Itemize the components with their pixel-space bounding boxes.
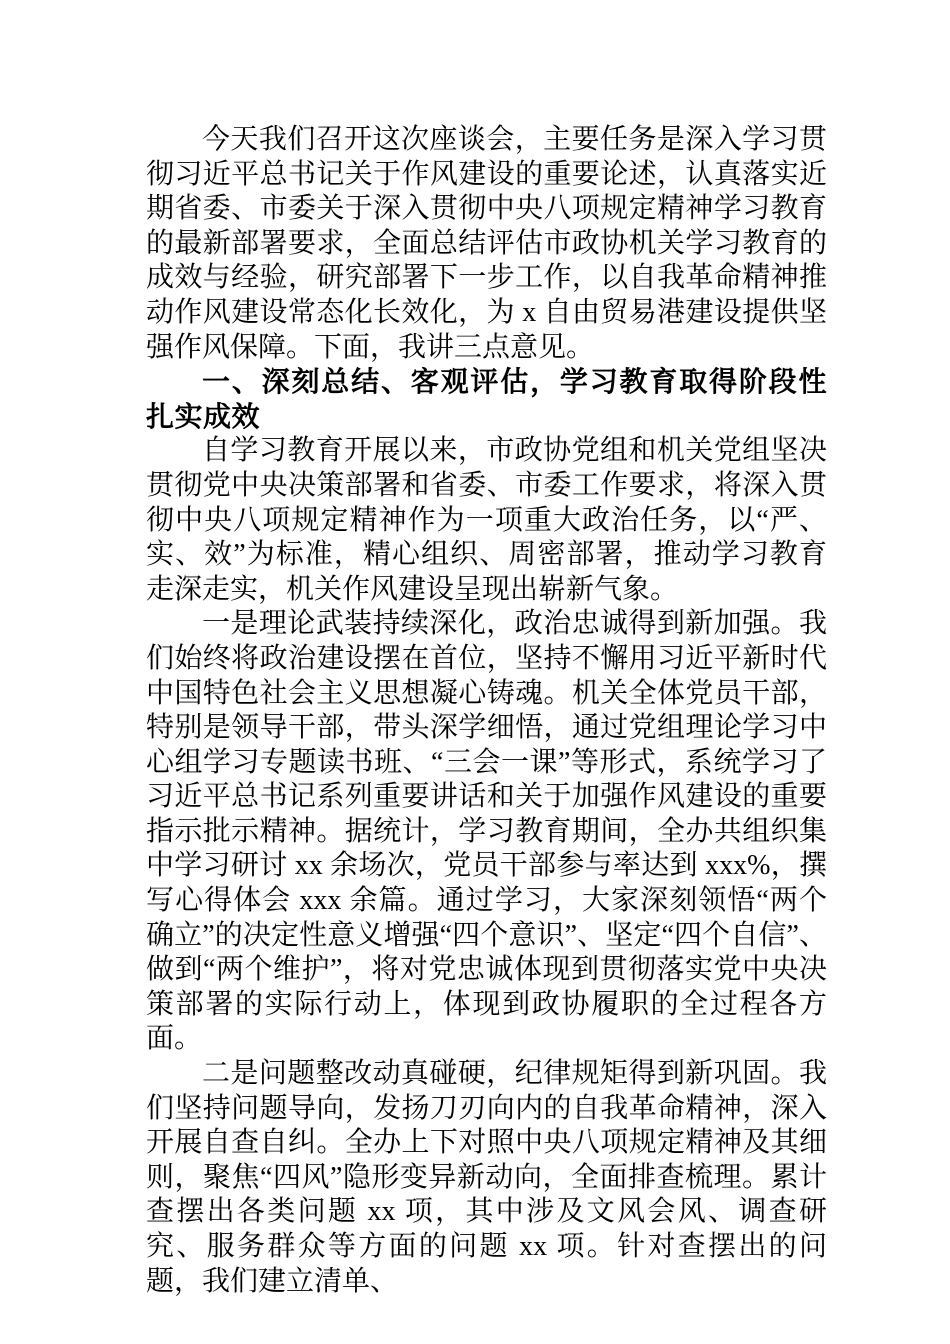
paragraph-intro: 今天我们召开这次座谈会，主要任务是深入学习贯彻习近平总书记关于作风建设的重要论述… [146,123,827,365]
paragraph-point-1-theory: 一是理论武装持续深化，政治忠诚得到新加强。我们始终将政治建设摆在首位，坚持不懈用… [146,607,827,1057]
document-page: 今天我们召开这次座谈会，主要任务是深入学习贯彻习近平总书记关于作风建设的重要论述… [146,123,827,1299]
section-heading-1: 一、深刻总结、客观评估，学习教育取得阶段性扎实成效 [146,365,827,434]
paragraph-point-2-rectification: 二是问题整改动真碰硬，纪律规矩得到新巩固。我们坚持问题导向，发扬刀刃向内的自我革… [146,1057,827,1299]
paragraph-section-overview: 自学习教育开展以来，市政协党组和机关党组坚决贯彻党中央决策部署和省委、市委工作要… [146,434,827,607]
